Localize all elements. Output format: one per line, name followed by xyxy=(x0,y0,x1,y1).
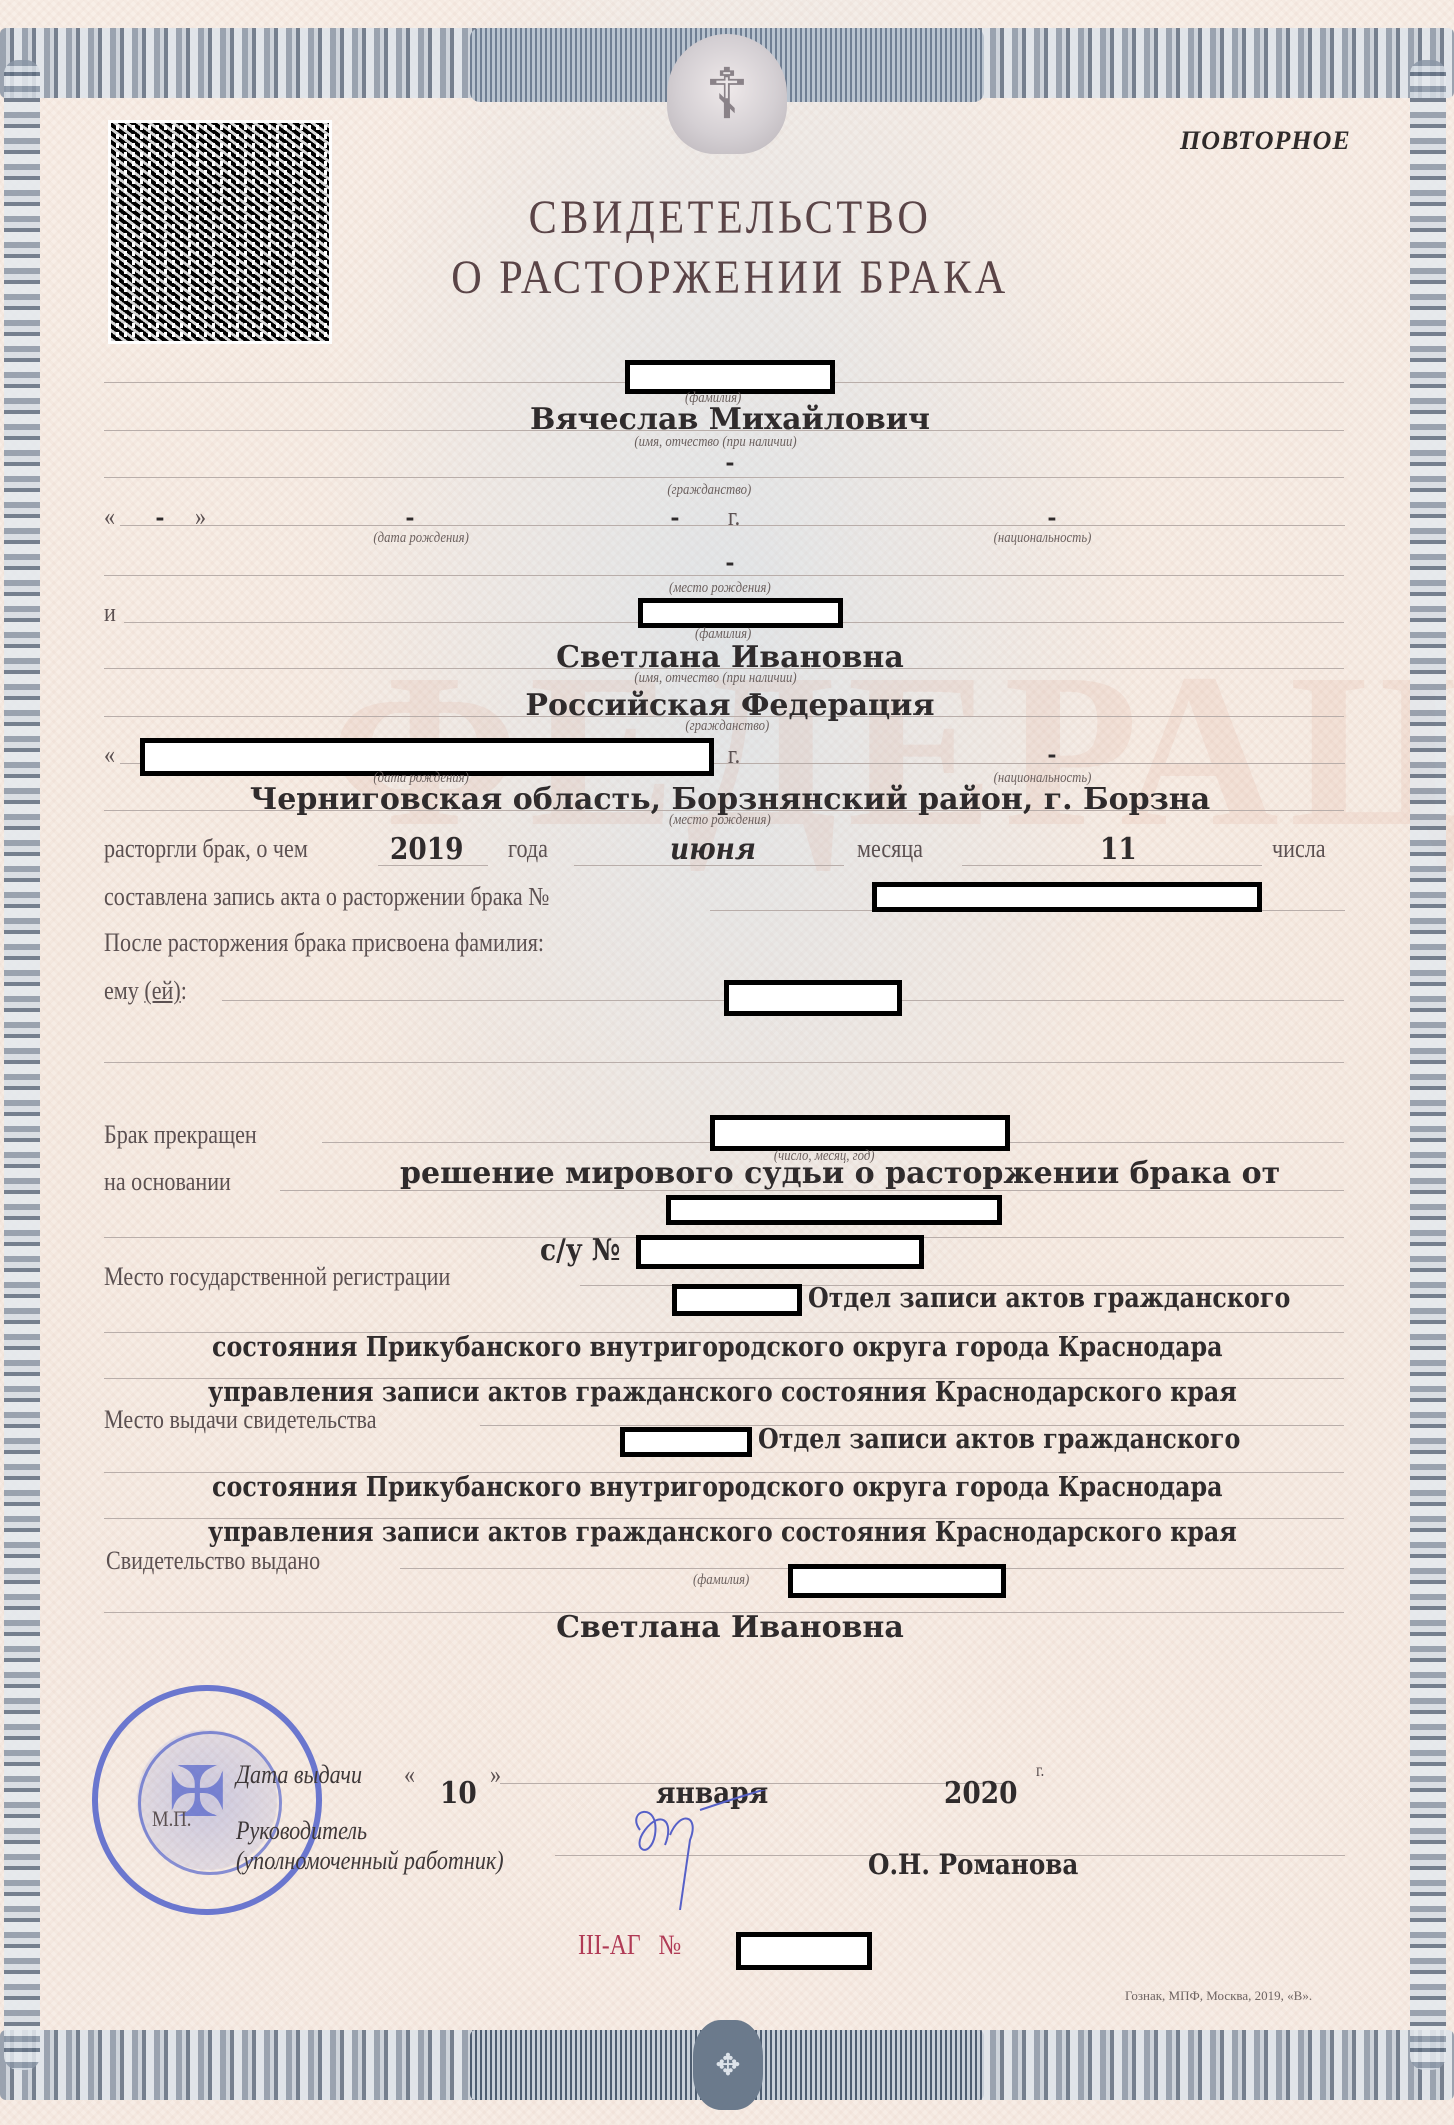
redacted-decision-date xyxy=(666,1195,1002,1225)
person2-nationality: - xyxy=(1032,742,1072,768)
registration-line-2: состояния Прикубанского внутригородского… xyxy=(212,1332,1223,1363)
divorce-prefix: расторгли брак, о чем xyxy=(104,834,308,864)
printer-imprint: Гознак, МПФ, Москва, 2019, «В». xyxy=(1125,1988,1312,2004)
issue-place-line-3: управления записи актов гражданского сос… xyxy=(208,1517,1237,1548)
redacted-surname-2 xyxy=(638,598,843,628)
redacted-court-number xyxy=(636,1235,924,1269)
issue-date-label: Дата выдачи xyxy=(236,1760,362,1790)
person1-nationality: - xyxy=(1032,505,1072,531)
issued-to-label: Свидетельство выдано xyxy=(106,1546,320,1576)
official-stamp-icon: ✠ xyxy=(92,1685,322,1915)
issued-to-name: Светлана Ивановна xyxy=(430,1610,1030,1645)
basis-text: решение мирового судьи о расторжении бра… xyxy=(400,1156,1270,1191)
him-her-label: ему (ей): xyxy=(104,976,187,1006)
redacted-issue-place-prefix xyxy=(620,1427,752,1457)
signature-icon xyxy=(620,1790,820,1910)
redacted-new-surname xyxy=(724,980,902,1016)
registration-line-3: управления записи актов гражданского сос… xyxy=(208,1377,1237,1408)
nationality-label-1: (национальность) xyxy=(994,530,1092,547)
person1-citizenship: - xyxy=(700,450,760,476)
conjunction-and: и xyxy=(104,598,116,628)
ornament-medallion-icon: ✥ xyxy=(693,2020,763,2110)
person1-birthplace: - xyxy=(700,550,760,576)
birthplace-label-2: (место рождения) xyxy=(669,812,771,829)
citizenship-label-1: (гражданство) xyxy=(667,482,751,499)
redacted-record-number xyxy=(872,882,1262,912)
issued-to-surname-label: (фамилия) xyxy=(693,1572,749,1589)
serial-series: III-АГ № xyxy=(578,1930,681,1962)
citizenship-label-2: (гражданство) xyxy=(685,718,769,735)
redacted-registration-prefix xyxy=(672,1284,802,1316)
stamp-place-label: М.П. xyxy=(152,1806,191,1832)
issue-day: 10 xyxy=(440,1776,477,1811)
termination-label: Брак прекращен xyxy=(104,1120,257,1150)
ornament-border-right xyxy=(1410,60,1446,2070)
official-title-line-2: (уполномоченный работник) xyxy=(236,1846,504,1876)
coat-of-arms-icon: ☦ xyxy=(667,34,787,154)
dob-label-1: (дата рождения) xyxy=(373,530,468,547)
person1-birth-day: - xyxy=(140,505,180,531)
official-name: О.Н. Романова xyxy=(868,1848,1078,1881)
birthplace-label-1: (место рождения) xyxy=(669,580,771,597)
person1-birth-year: - xyxy=(655,505,695,531)
redacted-serial-number xyxy=(736,1932,872,1970)
registration-label: Место государственной регистрации xyxy=(104,1262,450,1292)
issue-place-line-2: состояния Прикубанского внутригородского… xyxy=(212,1472,1223,1503)
redacted-issued-to-surname xyxy=(788,1564,1006,1598)
registration-line-1: Отдел записи актов гражданского xyxy=(808,1283,1290,1314)
record-label: составлена запись акта о расторжении бра… xyxy=(104,882,549,912)
name-label-1: (имя, отчество (при наличии) xyxy=(634,434,796,451)
person1-name: Вячеслав Михайлович xyxy=(430,402,1030,437)
surname-after-label: После расторжения брака присвоена фамили… xyxy=(104,928,544,958)
redacted-surname-1 xyxy=(625,360,835,394)
issue-place-label: Место выдачи свидетельства xyxy=(104,1405,377,1435)
divorce-year: 2019 xyxy=(390,832,463,867)
ornament-border-left xyxy=(4,60,40,2070)
court-prefix: с/у № xyxy=(540,1233,621,1268)
qr-code-icon xyxy=(108,120,332,344)
repeat-mark: ПОВТОРНОЕ xyxy=(1180,126,1351,156)
divorce-month: июня xyxy=(670,832,756,867)
name-label-2: (имя, отчество (при наличии) xyxy=(634,670,796,687)
title-line-2: О РАСТОРЖЕНИИ БРАКА xyxy=(352,250,1109,305)
official-title-line-1: Руководитель xyxy=(236,1816,367,1846)
redacted-termination-date xyxy=(710,1115,1010,1151)
issue-year: 2020 xyxy=(944,1776,1017,1811)
divorce-day: 11 xyxy=(1100,832,1137,867)
basis-label: на основании xyxy=(104,1167,231,1197)
title-line-1: СВИДЕТЕЛЬСТВО xyxy=(352,190,1109,245)
person1-birth-month: - xyxy=(390,505,430,531)
issue-place-line-1: Отдел записи актов гражданского xyxy=(758,1424,1240,1455)
